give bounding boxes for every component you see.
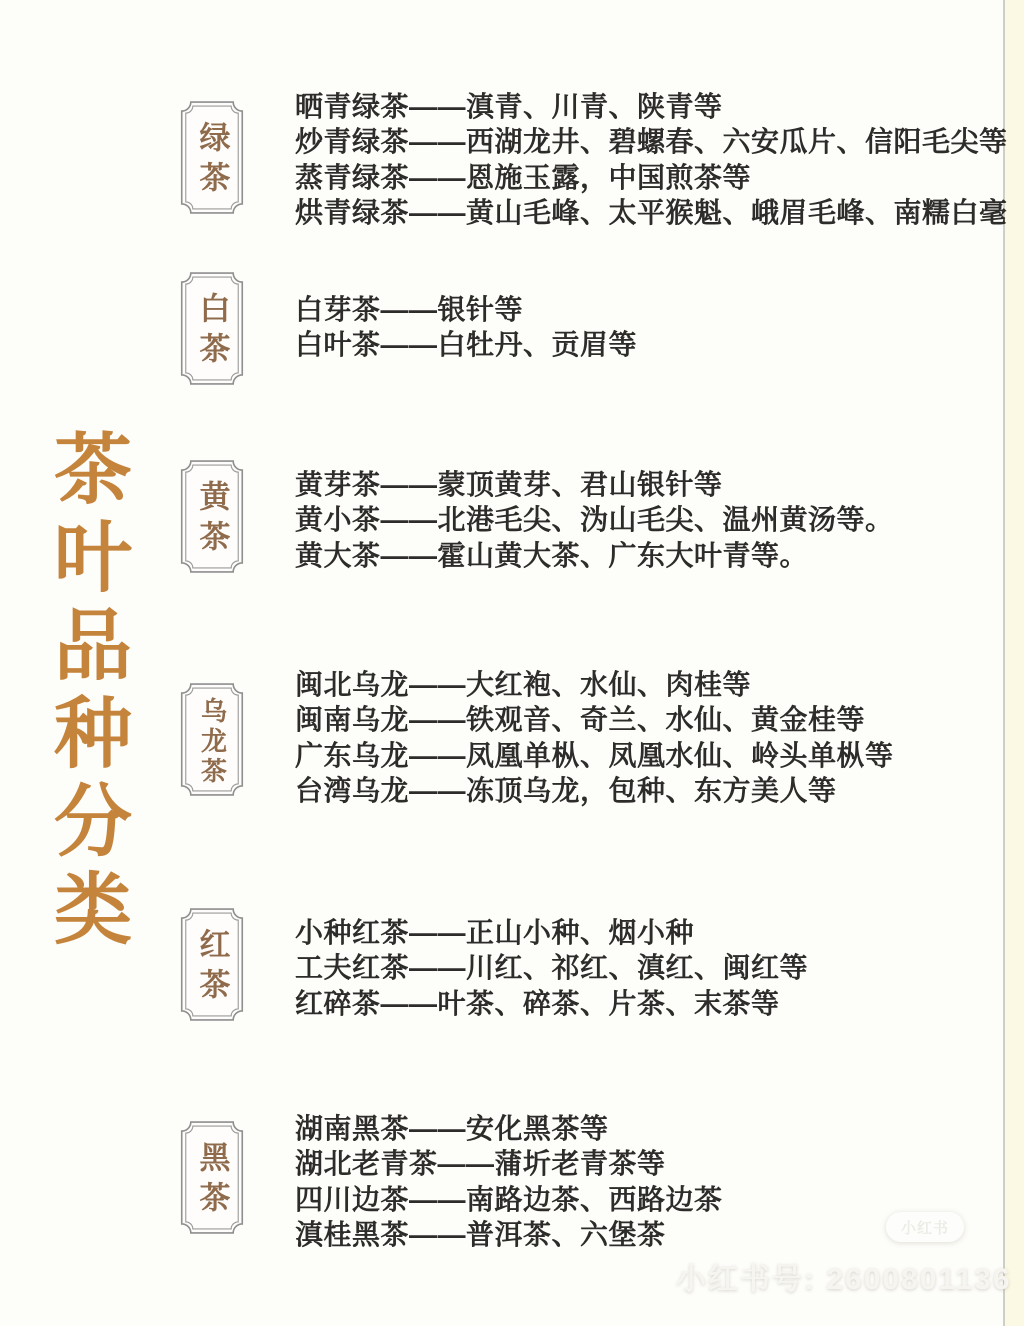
tea-category-label: 黄茶 bbox=[179, 459, 245, 574]
tea-lines: 小种红茶——正山小种、烟小种工夫红茶——川红、祁红、滇红、闽红等红碎茶——叶茶、… bbox=[295, 915, 808, 1021]
tea-line: 黄大茶——霍山黄大茶、广东大叶青等。 bbox=[295, 538, 894, 573]
tea-line: 四川边茶——南路边茶、西路边茶 bbox=[295, 1182, 723, 1217]
tea-line: 滇桂黑茶——普洱茶、六堡茶 bbox=[295, 1217, 723, 1252]
tea-category-badge: 绿茶 bbox=[179, 100, 245, 215]
tea-lines: 晒青绿茶——滇青、川青、陕青等炒青绿茶——西湖龙井、碧螺春、六安瓜片、信阳毛尖等… bbox=[295, 89, 1008, 231]
tea-category-badge: 白茶 bbox=[179, 271, 245, 386]
tea-line: 工夫红茶——川红、祁红、滇红、闽红等 bbox=[295, 950, 808, 985]
tea-line: 闽北乌龙——大红袍、水仙、肉桂等 bbox=[295, 667, 894, 702]
tea-category-badge: 黑茶 bbox=[179, 1120, 245, 1235]
tea-line: 小种红茶——正山小种、烟小种 bbox=[295, 915, 808, 950]
tea-category-label: 绿茶 bbox=[179, 100, 245, 215]
xiaohongshu-watermark-label: 小红书 bbox=[901, 1217, 949, 1238]
tea-line: 湖南黑茶——安化黑茶等 bbox=[295, 1111, 723, 1146]
tea-category-label: 白茶 bbox=[179, 271, 245, 386]
tea-line: 白叶茶——白牡丹、贡眉等 bbox=[295, 327, 637, 362]
tea-category-label: 黑茶 bbox=[179, 1120, 245, 1235]
tea-line: 烘青绿茶——黄山毛峰、太平猴魁、峨眉毛峰、南糯白毫 bbox=[295, 195, 1008, 230]
tea-line: 黄芽茶——蒙顶黄芽、君山银针等 bbox=[295, 467, 894, 502]
tea-line: 红碎茶——叶茶、碎茶、片茶、末茶等 bbox=[295, 986, 808, 1021]
tea-lines: 白芽茶——银针等白叶茶——白牡丹、贡眉等 bbox=[295, 292, 637, 363]
tea-line: 闽南乌龙——铁观音、奇兰、水仙、黄金桂等 bbox=[295, 702, 894, 737]
xiaohongshu-watermark-badge: 小红书 bbox=[886, 1212, 964, 1242]
tea-lines: 闽北乌龙——大红袍、水仙、肉桂等闽南乌龙——铁观音、奇兰、水仙、黄金桂等广东乌龙… bbox=[295, 667, 894, 809]
xiaohongshu-id-watermark: 小红书号: 2600801136 bbox=[676, 1254, 1012, 1298]
tea-line: 白芽茶——银针等 bbox=[295, 292, 637, 327]
tea-line: 黄小茶——北港毛尖、沩山毛尖、温州黄汤等。 bbox=[295, 502, 894, 537]
tea-line: 晒青绿茶——滇青、川青、陕青等 bbox=[295, 89, 1008, 124]
tea-line: 蒸青绿茶——恩施玉露，中国煎茶等 bbox=[295, 160, 1008, 195]
page-title: 茶叶品种分类 bbox=[48, 428, 126, 956]
tea-line: 广东乌龙——凤凰单枞、凤凰水仙、岭头单枞等 bbox=[295, 738, 894, 773]
tea-category-badge: 黄茶 bbox=[179, 459, 245, 574]
tea-classification-infographic: 茶叶品种分类 绿茶 晒青绿茶——滇青、川青、陕青等炒青绿茶——西湖龙井、碧螺春、… bbox=[0, 0, 1024, 1326]
tea-category-label: 乌龙茶 bbox=[179, 682, 245, 797]
tea-category-label: 红茶 bbox=[179, 907, 245, 1022]
tea-line: 湖北老青茶——蒲圻老青茶等 bbox=[295, 1146, 723, 1181]
tea-lines: 黄芽茶——蒙顶黄芽、君山银针等黄小茶——北港毛尖、沩山毛尖、温州黄汤等。黄大茶—… bbox=[295, 467, 894, 573]
tea-category-badge: 乌龙茶 bbox=[179, 682, 245, 797]
tea-line: 炒青绿茶——西湖龙井、碧螺春、六安瓜片、信阳毛尖等 bbox=[295, 124, 1008, 159]
tea-lines: 湖南黑茶——安化黑茶等湖北老青茶——蒲圻老青茶等四川边茶——南路边茶、西路边茶滇… bbox=[295, 1111, 723, 1253]
tea-category-badge: 红茶 bbox=[179, 907, 245, 1022]
tea-line: 台湾乌龙——冻顶乌龙，包种、东方美人等 bbox=[295, 773, 894, 808]
